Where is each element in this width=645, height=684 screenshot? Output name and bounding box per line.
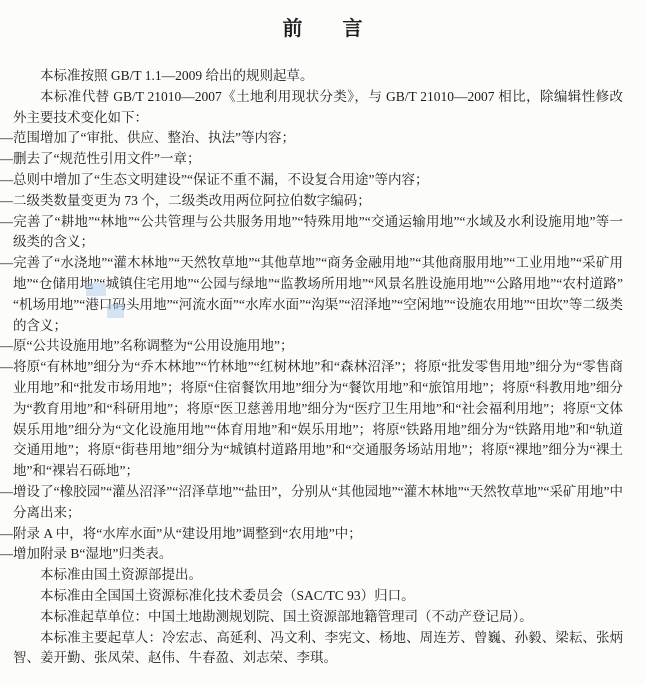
paragraph-replaces-standard: 本标准代替 GB/T 21010—2007《土地利用现状分类》，与 GB/T 2… [13, 87, 623, 129]
change-list-item: ——完善了“耕地”“林地”“公共管理与公共服务用地”“特殊用地”“交通运输用地”… [13, 212, 623, 254]
change-list-item: ——二级类数量变更为 73 个，二级类改用两位阿拉伯数字编码； [13, 191, 623, 212]
change-list-item: ——完善了“水浇地”“灌木林地”“天然牧草地”“其他草地”“商务金融用地”“其他… [13, 253, 623, 336]
change-list-item: ——总则中增加了“生态文明建设”“保证不重不漏，不设复合用途”等内容； [13, 170, 623, 191]
paragraph-drafters: 本标准主要起草人：冷宏志、高延利、冯文利、李宪文、杨地、周连芳、曾巍、孙毅、梁耘… [13, 628, 623, 670]
change-list-item: ——增加附录 B“湿地”归类表。 [13, 544, 623, 565]
change-list-item: ——删去了“规范性引用文件”一章； [13, 149, 623, 170]
foreword-body: 本标准按照 GB/T 1.1—2009 给出的规则起草。 本标准代替 GB/T … [13, 66, 623, 669]
change-list-item: ——范围增加了“审批、供应、整治、执法”等内容； [13, 128, 623, 149]
change-list-item: ——增设了“橡胶园”“灌丛沼泽”“沼泽草地”“盐田”，分别从“其他园地”“灌木林… [13, 482, 623, 524]
paragraph-drafting-rule: 本标准按照 GB/T 1.1—2009 给出的规则起草。 [13, 66, 623, 87]
paragraph-centralized-by: 本标准由全国国土资源标准化技术委员会（SAC/TC 93）归口。 [13, 586, 623, 607]
document-page: 前 言 本标准按照 GB/T 1.1—2009 给出的规则起草。 本标准代替 G… [0, 0, 645, 684]
change-list-item: ——原“公共设施用地”名称调整为“公用设施用地”； [13, 336, 623, 357]
change-list-item: ——将原“有林地”细分为“乔木林地”“竹林地”“红树林地”和“森林沼泽”；将原“… [13, 357, 623, 482]
paragraph-proposed-by: 本标准由国土资源部提出。 [13, 565, 623, 586]
page-title: 前 言 [0, 12, 645, 41]
change-list-item: ——附录 A 中，将“水库水面”从“建设用地”调整到“农用地”中； [13, 524, 623, 545]
paragraph-drafting-org: 本标准起草单位：中国土地勘测规划院、国土资源部地籍管理司（不动产登记局）。 [13, 607, 623, 628]
